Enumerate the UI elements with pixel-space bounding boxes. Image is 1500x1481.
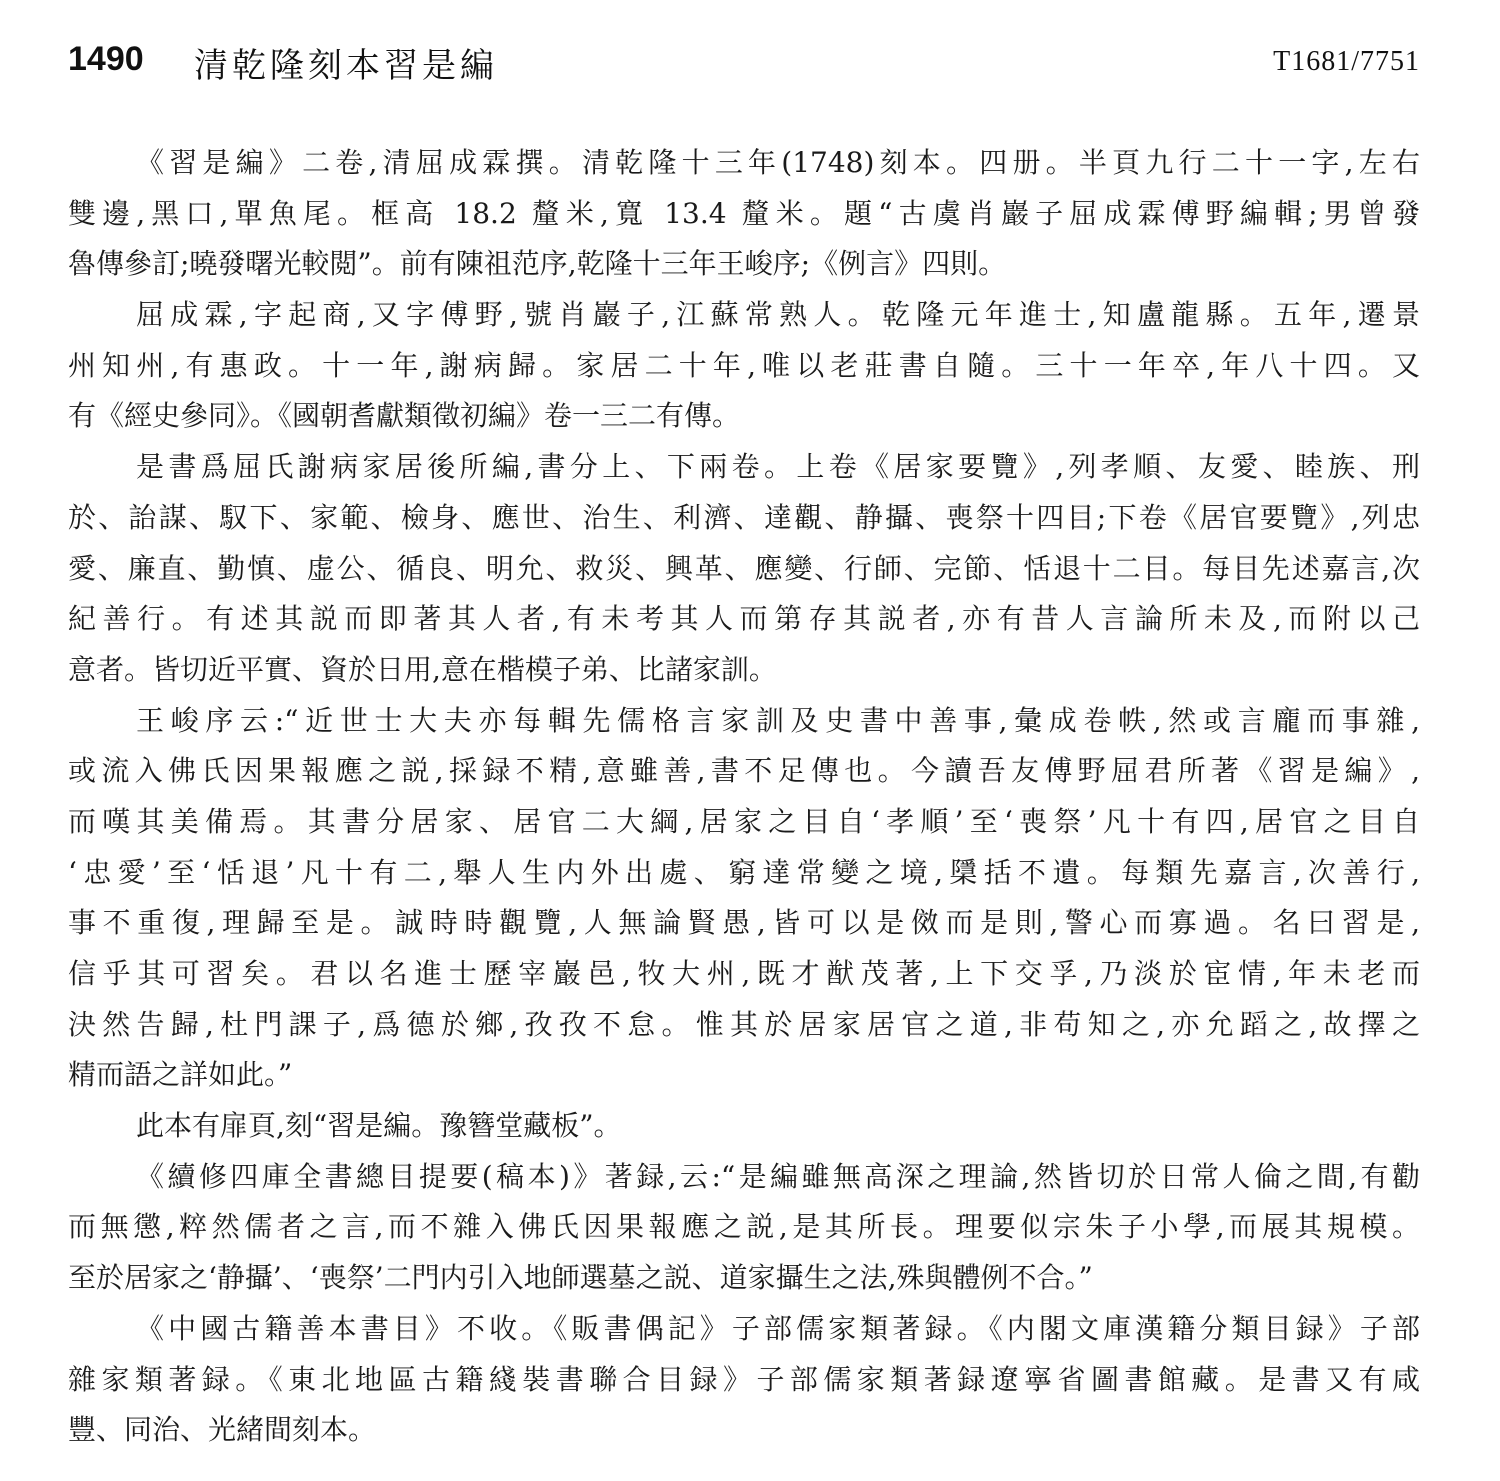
text-line: 王峻序云:“近世士大夫亦每輯先儒格言家訓及史書中善事,彙成卷帙,然或言龐而事雜, xyxy=(68,696,1420,747)
text-line: 此本有扉頁,刻“習是編。豫簪堂藏板”。 xyxy=(68,1101,1420,1152)
text-line: 《中國古籍善本書目》不收。《販書偶記》子部儒家類著録。《内閣文庫漢籍分類目録》子… xyxy=(68,1304,1420,1355)
text-line: 雙邊,黑口,單魚尾。框高 18.2 釐米,寬 13.4 釐米。題“古虞肖巖子屈成… xyxy=(68,189,1420,240)
text-line: 州知州,有惠政。十一年,謝病歸。家居二十年,唯以老莊書自隨。三十一年卒,年八十四… xyxy=(68,341,1420,392)
paragraph-contents: 是書爲屈氏謝病家居後所編,書分上、下兩卷。上卷《居家要覽》,列孝順、友愛、睦族、… xyxy=(68,442,1420,695)
text-line: 《續修四庫全書總目提要(稿本)》著録,云:“是編雖無高深之理論,然皆切於日常人倫… xyxy=(68,1152,1420,1203)
text-line: 豐、同治、光緒間刻本。 xyxy=(68,1405,1420,1456)
text-line: 精而語之詳如此。” xyxy=(68,1050,1420,1101)
entry-number: 1490 xyxy=(68,40,144,79)
text-line: 意者。皆切近平實、資於日用,意在楷模子弟、比諸家訓。 xyxy=(68,645,1420,696)
text-line: 於、詒謀、馭下、家範、檢身、應世、治生、利濟、達觀、静攝、喪祭十四目;下卷《居官… xyxy=(68,493,1420,544)
text-line: 是書爲屈氏謝病家居後所編,書分上、下兩卷。上卷《居家要覽》,列孝順、友愛、睦族、… xyxy=(68,442,1420,493)
entry-body: 《習是編》二卷,清屈成霖撰。清乾隆十三年(1748)刻本。四册。半頁九行二十一字… xyxy=(68,138,1420,1456)
text-line: 屈成霖,字起商,又字傅野,號肖巖子,江蘇常熟人。乾隆元年進士,知盧龍縣。五年,遷… xyxy=(68,290,1420,341)
text-line: 至於居家之‘静攝’、‘喪祭’二門内引入地師選墓之説、道家攝生之法,殊與體例不合。… xyxy=(68,1253,1420,1304)
entry-header: 1490 清乾隆刻本習是編 T1681/7751 xyxy=(68,38,1420,94)
text-line: 《習是編》二卷,清屈成霖撰。清乾隆十三年(1748)刻本。四册。半頁九行二十一字… xyxy=(68,138,1420,189)
entry-title: 清乾隆刻本習是編 xyxy=(194,38,498,87)
catalog-page: 1490 清乾隆刻本習是編 T1681/7751 《習是編》二卷,清屈成霖撰。清… xyxy=(68,38,1420,94)
call-number: T1681/7751 xyxy=(1273,46,1420,78)
text-line: ‘忠愛’至‘恬退’凡十有二,舉人生内外出處、窮達常變之境,檃括不遺。每類先嘉言,… xyxy=(68,848,1420,899)
paragraph-tiyao-citation: 《續修四庫全書總目提要(稿本)》著録,云:“是編雖無高深之理論,然皆切於日常人倫… xyxy=(68,1152,1420,1304)
paragraph-description: 《習是編》二卷,清屈成霖撰。清乾隆十三年(1748)刻本。四册。半頁九行二十一字… xyxy=(68,138,1420,290)
text-line: 事不重復,理歸至是。誠時時觀覽,人無論賢愚,皆可以是傚而是則,警心而寡過。名曰習… xyxy=(68,898,1420,949)
text-line: 魯傳參訂;曉發曙光較閲”。前有陳祖范序,乾隆十三年王峻序;《例言》四則。 xyxy=(68,239,1420,290)
text-line: 決然告歸,杜門課子,爲德於鄉,孜孜不怠。惟其於居家居官之道,非苟知之,亦允蹈之,… xyxy=(68,1000,1420,1051)
text-line: 雜家類著録。《東北地區古籍綫裝書聯合目録》子部儒家類著録遼寧省圖書館藏。是書又有… xyxy=(68,1355,1420,1406)
paragraph-other-catalogs: 《中國古籍善本書目》不收。《販書偶記》子部儒家類著録。《内閣文庫漢籍分類目録》子… xyxy=(68,1304,1420,1456)
paragraph-title-page: 此本有扉頁,刻“習是編。豫簪堂藏板”。 xyxy=(68,1101,1420,1152)
paragraph-preface-quote: 王峻序云:“近世士大夫亦每輯先儒格言家訓及史書中善事,彙成卷帙,然或言龐而事雜,… xyxy=(68,696,1420,1102)
text-line: 而嘆其美備焉。其書分居家、居官二大綱,居家之目自‘孝順’至‘喪祭’凡十有四,居官… xyxy=(68,797,1420,848)
paragraph-author-bio: 屈成霖,字起商,又字傅野,號肖巖子,江蘇常熟人。乾隆元年進士,知盧龍縣。五年,遷… xyxy=(68,290,1420,442)
text-line: 信乎其可習矣。君以名進士歷宰巖邑,牧大州,既才猷茂著,上下交孚,乃淡於宦情,年未… xyxy=(68,949,1420,1000)
text-line: 愛、廉直、勤慎、虚公、循良、明允、救災、興革、應變、行師、完節、恬退十二目。每目… xyxy=(68,544,1420,595)
text-line: 而無懲,粹然儒者之言,而不雜入佛氏因果報應之説,是其所長。理要似宗朱子小學,而展… xyxy=(68,1202,1420,1253)
text-line: 或流入佛氏因果報應之説,採録不精,意雖善,書不足傳也。今讀吾友傅野屈君所著《習是… xyxy=(68,746,1420,797)
text-line: 有《經史參同》。《國朝耆獻類徵初編》卷一三二有傳。 xyxy=(68,391,1420,442)
text-line: 紀善行。有述其説而即著其人者,有未考其人而第存其説者,亦有昔人言論所未及,而附以… xyxy=(68,594,1420,645)
